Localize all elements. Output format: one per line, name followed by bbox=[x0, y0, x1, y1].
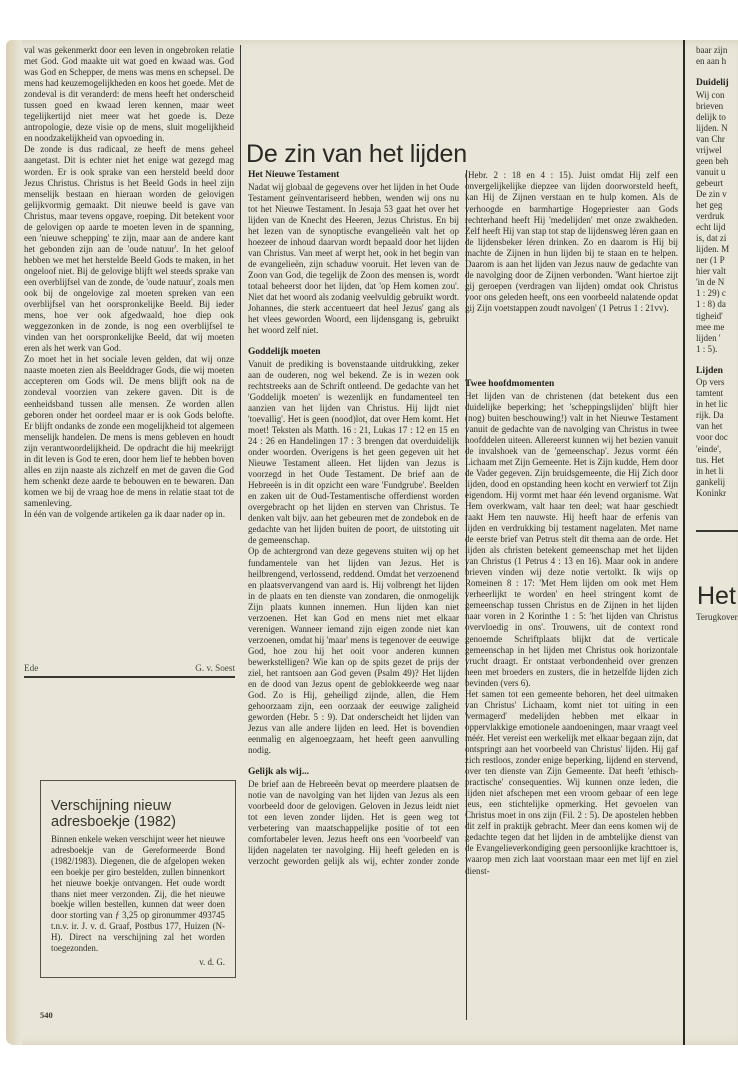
text-line: hier valt bbox=[696, 266, 738, 277]
text-line: lijden ' bbox=[696, 333, 738, 344]
previous-article-column: val was gekenmerkt door een leven in ong… bbox=[24, 45, 241, 520]
text-line: rijk. Da bbox=[696, 410, 738, 421]
text-line: Terugko bbox=[696, 612, 726, 622]
text-line: mee me bbox=[696, 322, 738, 333]
paragraph: Nadat wij globaal de gegevens over het l… bbox=[248, 182, 459, 337]
text-line: Op vers bbox=[696, 377, 738, 388]
section-heading: Duidelij bbox=[696, 78, 738, 90]
paragraph: De zonde is dus radicaal, ze heeft de me… bbox=[24, 144, 234, 354]
text-line: gankelij bbox=[696, 477, 738, 488]
notice-body: Binnen enkele weken verschijnt weer het … bbox=[51, 834, 225, 954]
divider-rule bbox=[696, 530, 738, 532]
section-heading: Het Nieuwe Testament bbox=[248, 170, 459, 182]
notice-title: Verschijning nieuw adresboekje (1982) bbox=[51, 798, 225, 830]
text-lines: Terugkovermelcdoet aastredennog eenHeer,… bbox=[696, 612, 738, 623]
article-column-2: De brief aan de Hebreeën bevat op meerde… bbox=[465, 170, 678, 877]
section-heading: Lijden bbox=[696, 366, 738, 378]
text-line: geen beh bbox=[696, 156, 738, 167]
text-line: in het li bbox=[696, 466, 738, 477]
section-heading: Twee hoofdmomenten bbox=[465, 379, 678, 391]
text-line: Wij con bbox=[696, 90, 738, 101]
article-signature: Ede G. v. Soest bbox=[24, 663, 235, 678]
text-line: 1 : 5). bbox=[696, 344, 738, 355]
text-line: tigheid' bbox=[696, 311, 738, 322]
paragraph: Het lijden van de christenen (dat beteke… bbox=[465, 391, 678, 689]
text-line: echt lijd bbox=[696, 222, 738, 233]
text-line: tamtent bbox=[696, 388, 738, 399]
text-line: van het bbox=[696, 421, 738, 432]
text-line: voor doc bbox=[696, 432, 738, 443]
text-line: van Chr bbox=[696, 134, 738, 145]
text-line: in het lic bbox=[696, 399, 738, 410]
text-line: 1 : 8) da bbox=[696, 299, 738, 310]
section-heading: Goddelijk moeten bbox=[248, 347, 459, 359]
text-line: tus. Het bbox=[696, 455, 738, 466]
text-line: delijk to bbox=[696, 112, 738, 123]
next-page-column-bottom: Terugkovermelcdoet aastredennog eenHeer,… bbox=[696, 612, 738, 623]
text-line: 1 : 29) c bbox=[696, 288, 738, 299]
paragraph: Het samen tot een gemeente behoren, het … bbox=[465, 689, 678, 877]
notice-signature: v. d. G. bbox=[51, 957, 225, 967]
paragraph: Vanuit de prediking is bovenstaande uitd… bbox=[248, 359, 459, 547]
next-article-title: Het bbox=[697, 582, 736, 611]
text-line: vrijwel bbox=[696, 145, 738, 156]
text-line: lijden. N bbox=[696, 123, 738, 134]
text-line: het geg bbox=[696, 200, 738, 211]
paragraph-continued: De brief aan de Hebreeën bevat op meerde… bbox=[465, 170, 678, 368]
text-line: gebeurt bbox=[696, 178, 738, 189]
paragraph: val was gekenmerkt door een leven in ong… bbox=[24, 45, 234, 144]
paragraph: Op de achtergrond van deze gegevens stui… bbox=[248, 546, 459, 756]
text-line: lijden. M bbox=[696, 244, 738, 255]
paragraph: De brief aan de Hebreeën bevat op meerde… bbox=[248, 779, 459, 867]
text-line: is, dat zi bbox=[696, 233, 738, 244]
text-line: en aan h bbox=[696, 56, 738, 67]
paragraph: Zo moet het in het sociale leven gelden,… bbox=[24, 354, 234, 509]
text-line: 'einde', bbox=[696, 444, 738, 455]
article-title: De zin van het lijden bbox=[246, 140, 467, 168]
text-line: Koninkr bbox=[696, 488, 738, 499]
text-line: vermelc bbox=[726, 612, 738, 622]
text-lines: Op verstamtentin het licrijk. Davan hetv… bbox=[696, 377, 738, 499]
signature-author: G. v. Soest bbox=[195, 663, 235, 673]
text-line: vanuit u bbox=[696, 167, 738, 178]
text-line: 'in de N bbox=[696, 277, 738, 288]
signature-place: Ede bbox=[24, 663, 38, 673]
text-line: baar zijn bbox=[696, 45, 738, 56]
article-column-1: Het Nieuwe Testament Nadat wij globaal d… bbox=[248, 170, 467, 1020]
page-binding-edge bbox=[6, 40, 22, 1045]
paragraph: In één van de volgende artikelen ga ik d… bbox=[24, 509, 234, 520]
page-number: 540 bbox=[40, 1010, 53, 1020]
text-lines: Wij conbrievendelijk tolijden. Nvan Chrv… bbox=[696, 90, 738, 355]
text-line: brieven bbox=[696, 101, 738, 112]
page-fold-divider bbox=[683, 40, 685, 1045]
text-line: De zin v bbox=[696, 189, 738, 200]
next-page-column-top: baar zijn en aan h Duidelij Wij conbriev… bbox=[696, 45, 738, 499]
notice-box: Verschijning nieuw adresboekje (1982) Bi… bbox=[40, 780, 236, 978]
paragraph-continued-text: De brief aan de Hebreeën bevat op meerde… bbox=[465, 170, 678, 314]
text-line: verdruk bbox=[696, 211, 738, 222]
text-line: ner (1 P bbox=[696, 255, 738, 266]
section-heading: Gelijk als wij... bbox=[248, 767, 459, 779]
